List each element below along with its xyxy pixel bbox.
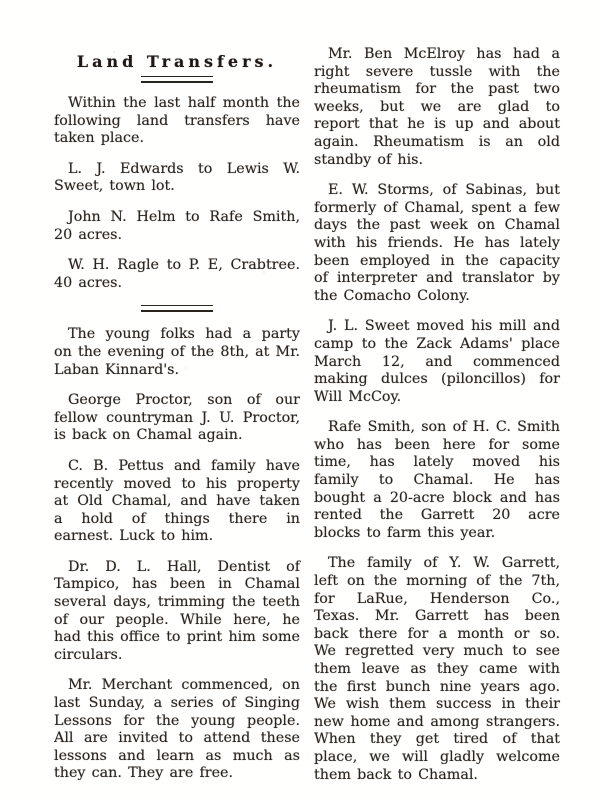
article-headline: Land Transfers. [54, 52, 300, 72]
right-column: Mr. Ben McElroy has had a right severe t… [314, 0, 560, 800]
paragraph-party: The young folks had a party on the eveni… [54, 326, 300, 379]
paragraph-transfer-ragle: W. H. Ragle to P. E, Crabtree. 40 acres. [54, 257, 300, 292]
paragraph-rafe-smith: Rafe Smith, son of H. C. Smith who has b… [314, 419, 560, 542]
paragraph-intro: Within the last half month the following… [54, 95, 300, 148]
paragraph-mcelroy: Mr. Ben McElroy has had a right severe t… [314, 46, 560, 169]
paragraph-transfer-helm: John N. Helm to Rafe Smith, 20 acres. [54, 209, 300, 244]
headline-rule-divider [141, 76, 213, 83]
paragraph-proctor: George Proctor, son of our fellow countr… [54, 392, 300, 445]
paragraph-merchant: Mr. Merchant commenced, on last Sunday, … [54, 677, 300, 783]
left-column: Land Transfers. Within the last half mon… [54, 0, 300, 800]
paragraph-garrett-family: The family of Y. W. Garrett, left on the… [314, 555, 560, 784]
paragraph-storms: E. W. Storms, of Sabinas, but formerly o… [314, 182, 560, 305]
section-rule-divider [141, 305, 213, 312]
paragraph-pettus: C. B. Pettus and family have recently mo… [54, 458, 300, 546]
paragraph-transfer-edwards: L. J. Edwards to Lewis W. Sweet, town lo… [54, 161, 300, 196]
newspaper-page: Land Transfers. Within the last half mon… [0, 0, 600, 800]
paragraph-sweet-mill: J. L. Sweet moved his mill and camp to t… [314, 318, 560, 406]
paragraph-hall: Dr. D. L. Hall, Dentist of Tampico, has … [54, 559, 300, 665]
